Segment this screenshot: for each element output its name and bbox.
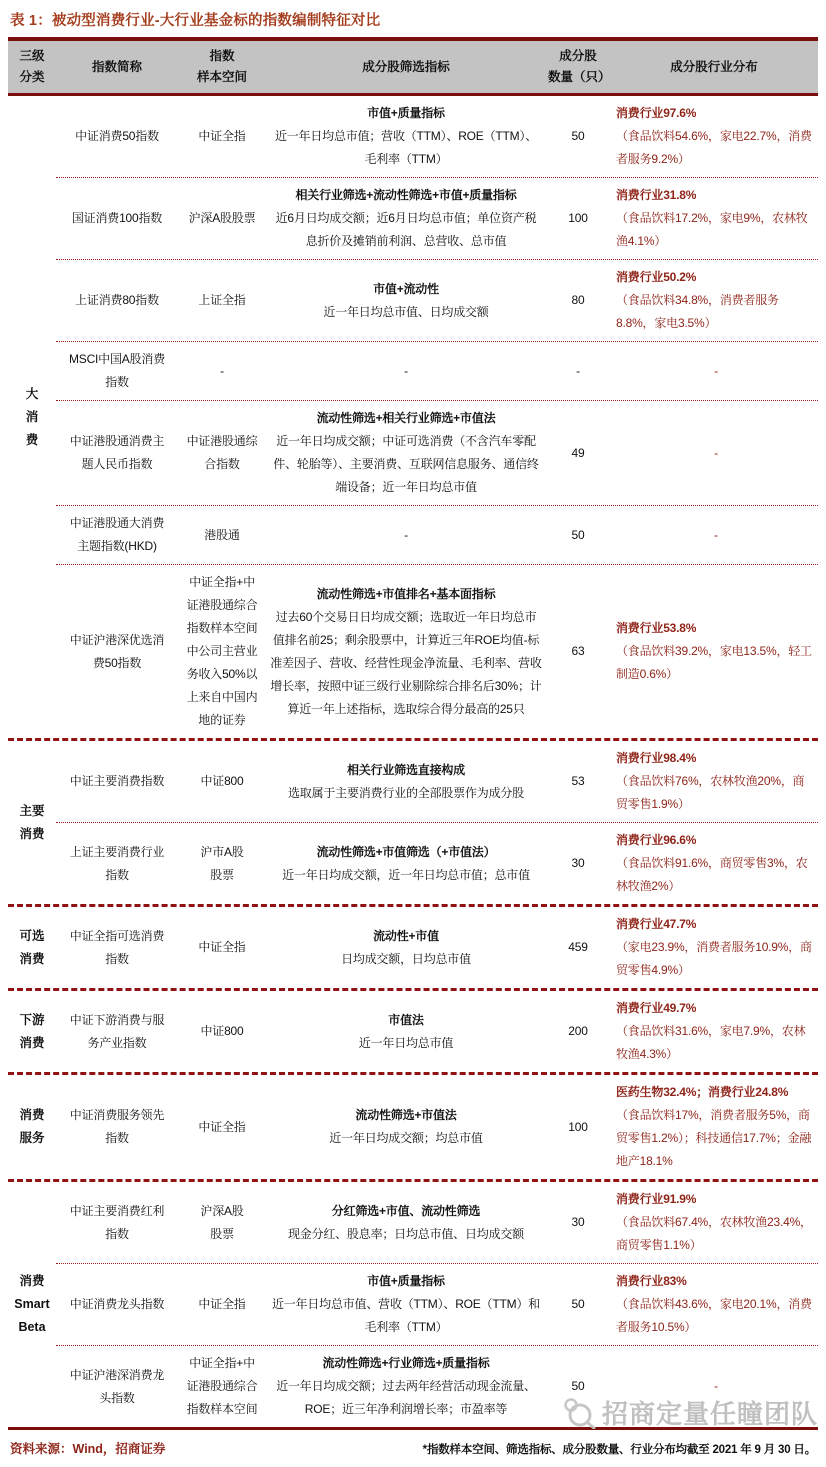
criteria-detail: 近一年日均总市值、营收（TTM）、ROE（TTM）和毛利率（TTM） — [272, 1297, 540, 1334]
industry-distribution-cell: 医药生物32.4%；消费行业24.8% （食品饮料17%，消费者服务5%，商贸零… — [610, 1075, 818, 1179]
index-name-cell: 上证主要消费行业 指数 — [56, 835, 178, 893]
screening-criteria-cell: - — [266, 354, 546, 389]
component-count-cell: 49 — [546, 436, 610, 471]
sample-space-cell: 沪深A股股票 — [178, 201, 266, 236]
category-label: 消费 服务 — [8, 1075, 56, 1179]
distribution-headline: 消费行业47.7% — [616, 913, 816, 936]
screening-criteria-cell: 分红筛选+市值、流动性筛选 现金分红、股息率；日均总市值、日均成交额 — [266, 1194, 546, 1252]
screening-criteria-cell: 市值+质量指标 近一年日均总市值；营收（TTM）、ROE（TTM）、毛利率（TT… — [266, 96, 546, 177]
table-row: 中证港股通消费主 题人民币指数 中证港股通综 合指数 流动性筛选+相关行业筛选+… — [56, 400, 818, 505]
sample-space-cell: 沪市A股 股票 — [178, 835, 266, 893]
distribution-headline: 消费行业83% — [616, 1270, 816, 1293]
criteria-detail: - — [404, 364, 408, 378]
index-name-cell: 上证消费80指数 — [56, 283, 178, 318]
criteria-detail: 现金分红、股息率；日均总市值、日均成交额 — [288, 1227, 524, 1241]
distribution-detail: （食品饮料76%，农林牧渔20%，商贸零售1.9%） — [616, 774, 804, 811]
criteria-title: 流动性+市值 — [270, 925, 542, 948]
distribution-detail: （食品饮料67.4%，农林牧渔23.4%，商贸零售1.1%） — [616, 1215, 812, 1252]
industry-distribution-cell: 消费行业98.4% （食品饮料76%，农林牧渔20%，商贸零售1.9%） — [610, 741, 818, 822]
as-of-date-note: *指数样本空间、筛选指标、成分股数量、行业分布均截至 2021 年 9 月 30… — [423, 1441, 816, 1457]
component-count-cell: 80 — [546, 283, 610, 318]
index-name-cell: MSCI中国A股消费 指数 — [56, 342, 178, 400]
industry-distribution-cell: - — [610, 436, 818, 471]
distribution-detail: （食品饮料34.8%，消费者服务8.8%，家电3.5%） — [616, 293, 779, 330]
criteria-detail: 选取属于主要消费行业的全部股票作为成分股 — [288, 786, 524, 800]
index-name-cell: 中证主要消费指数 — [56, 764, 178, 799]
distribution-headline: 消费行业97.6% — [616, 102, 816, 125]
component-count-cell: 50 — [546, 1369, 610, 1404]
component-count-cell: 50 — [546, 518, 610, 553]
table-row: 中证沪港深优选消 费50指数 中证全指+中 证港股通综合 指数样本空间 中公司主… — [56, 564, 818, 738]
sample-space-cell: 港股通 — [178, 518, 266, 553]
screening-criteria-cell: 市值法 近一年日均总市值 — [266, 1003, 546, 1061]
distribution-detail: （食品饮料31.6%，家电7.9%，农林牧渔4.3%） — [616, 1024, 805, 1061]
category-rows: 中证下游消费与服 务产业指数 中证800 市值法 近一年日均总市值 200 消费… — [56, 991, 818, 1072]
category-group: 消费 Smart Beta 中证主要消费红利 指数 沪深A股 股票 分红筛选+市… — [8, 1179, 818, 1427]
industry-distribution-cell: - — [610, 354, 818, 389]
table-title: 表 1：被动型消费行业-大行业基金标的指数编制特征对比 — [8, 0, 818, 37]
distribution-detail: （食品饮料17.2%，家电9%，农林牧渔4.1%） — [616, 211, 808, 248]
criteria-title: 流动性筛选+市值筛选（+市值法） — [270, 841, 542, 864]
index-name-cell: 中证主要消费红利 指数 — [56, 1194, 178, 1252]
category-label: 大 消 费 — [8, 96, 56, 738]
table-row: 中证沪港深消费龙 头指数 中证全指+中 证港股通综合 指数样本空间 流动性筛选+… — [56, 1345, 818, 1427]
sample-space-cell: 中证800 — [178, 764, 266, 799]
screening-criteria-cell: - — [266, 518, 546, 553]
index-name-cell: 中证消费服务领先 指数 — [56, 1098, 178, 1156]
screening-criteria-cell: 流动性筛选+市值法 近一年日均成交额；均总市值 — [266, 1098, 546, 1156]
criteria-title: 相关行业筛选直接构成 — [270, 759, 542, 782]
component-count-cell: 100 — [546, 1110, 610, 1145]
screening-criteria-cell: 流动性+市值 日均成交额，日均总市值 — [266, 919, 546, 977]
table-footer: 资料来源：Wind，招商证券 *指数样本空间、筛选指标、成分股数量、行业分布均截… — [8, 1430, 818, 1467]
industry-distribution-cell: - — [610, 1369, 818, 1404]
sample-space-cell: 中证全指 — [178, 930, 266, 965]
table-row: 中证消费龙头指数 中证全指 市值+质量指标 近一年日均总市值、营收（TTM）、R… — [56, 1263, 818, 1345]
distribution-headline: 消费行业31.8% — [616, 184, 816, 207]
category-rows: 中证主要消费指数 中证800 相关行业筛选直接构成 选取属于主要消费行业的全部股… — [56, 741, 818, 904]
header-component-count: 成分股 数量（只） — [546, 46, 610, 88]
sample-space-cell: 中证全指 — [178, 119, 266, 154]
component-count-cell: 459 — [546, 930, 610, 965]
criteria-detail: 近一年日均成交额；均总市值 — [329, 1131, 482, 1145]
sample-space-cell: 中证全指+中 证港股通综合 指数样本空间 — [178, 1346, 266, 1427]
screening-criteria-cell: 市值+质量指标 近一年日均总市值、营收（TTM）、ROE（TTM）和毛利率（TT… — [266, 1264, 546, 1345]
component-count-cell: 53 — [546, 764, 610, 799]
report-page: 表 1：被动型消费行业-大行业基金标的指数编制特征对比 三级 分类 指数简称 指… — [0, 0, 826, 1467]
sample-space-cell: 中证全指 — [178, 1110, 266, 1145]
criteria-title: 流动性筛选+市值法 — [270, 1104, 542, 1127]
distribution-headline: 消费行业91.9% — [616, 1188, 816, 1211]
category-rows: 中证消费服务领先 指数 中证全指 流动性筛选+市值法 近一年日均成交额；均总市值… — [56, 1075, 818, 1179]
category-group: 下游 消费 中证下游消费与服 务产业指数 中证800 市值法 近一年日均总市值 … — [8, 988, 818, 1072]
criteria-title: 流动性筛选+行业筛选+质量指标 — [270, 1352, 542, 1375]
index-name-cell: 中证港股通消费主 题人民币指数 — [56, 424, 178, 482]
table-row: 中证消费服务领先 指数 中证全指 流动性筛选+市值法 近一年日均成交额；均总市值… — [56, 1075, 818, 1179]
sample-space-cell: 中证800 — [178, 1014, 266, 1049]
category-group: 大 消 费 中证消费50指数 中证全指 市值+质量指标 近一年日均总市值；营收（… — [8, 96, 818, 738]
criteria-detail: - — [404, 528, 408, 542]
header-industry-distribution: 成分股行业分布 — [610, 57, 818, 78]
table-row: 上证消费80指数 上证全指 市值+流动性 近一年日均总市值、日均成交额 80 消… — [56, 259, 818, 341]
distribution-detail: - — [714, 364, 718, 378]
criteria-detail: 近一年日均成交额；中证可选消费（不含汽车零配件、轮胎等）、主要消费、互联网信息服… — [273, 434, 538, 494]
distribution-detail: （家电23.9%，消费者服务10.9%，商贸零售4.9%） — [616, 940, 812, 977]
index-comparison-table: 三级 分类 指数简称 指数 样本空间 成分股筛选指标 成分股 数量（只） 成分股… — [8, 37, 818, 1430]
screening-criteria-cell: 流动性筛选+相关行业筛选+市值法 近一年日均成交额；中证可选消费（不含汽车零配件… — [266, 401, 546, 505]
table-body: 大 消 费 中证消费50指数 中证全指 市值+质量指标 近一年日均总市值；营收（… — [8, 96, 818, 1430]
table-row: 国证消费100指数 沪深A股股票 相关行业筛选+流动性筛选+市值+质量指标 近6… — [56, 177, 818, 259]
sample-space-cell: 中证港股通综 合指数 — [178, 424, 266, 482]
criteria-detail: 过去60个交易日日均成交额；选取近一年日均总市值排名前25；剩余股票中，计算近三… — [270, 610, 541, 716]
industry-distribution-cell: 消费行业97.6% （食品饮料54.6%，家电22.7%，消费者服务9.2%） — [610, 96, 818, 177]
sample-space-cell: 中证全指+中 证港股通综合 指数样本空间 中公司主营业 务收入50%以 上来自中… — [178, 565, 266, 738]
category-group: 消费 服务 中证消费服务领先 指数 中证全指 流动性筛选+市值法 近一年日均成交… — [8, 1072, 818, 1179]
header-sample-space: 指数 样本空间 — [178, 46, 266, 88]
criteria-detail: 日均成交额，日均总市值 — [341, 952, 471, 966]
category-group: 可选 消费 中证全指可选消费 指数 中证全指 流动性+市值 日均成交额，日均总市… — [8, 904, 818, 988]
criteria-detail: 近一年日均成交额，近一年日均总市值；总市值 — [282, 868, 530, 882]
table-row: 中证全指可选消费 指数 中证全指 流动性+市值 日均成交额，日均总市值 459 … — [56, 907, 818, 988]
distribution-headline: 消费行业50.2% — [616, 266, 816, 289]
category-label: 消费 Smart Beta — [8, 1182, 56, 1427]
category-rows: 中证全指可选消费 指数 中证全指 流动性+市值 日均成交额，日均总市值 459 … — [56, 907, 818, 988]
screening-criteria-cell: 流动性筛选+市值排名+基本面指标 过去60个交易日日均成交额；选取近一年日均总市… — [266, 577, 546, 727]
industry-distribution-cell: 消费行业96.6% （食品饮料91.6%，商贸零售3%，农林牧渔2%） — [610, 823, 818, 904]
criteria-title: 流动性筛选+相关行业筛选+市值法 — [270, 407, 542, 430]
distribution-detail: - — [714, 1379, 718, 1393]
table-row: 中证主要消费指数 中证800 相关行业筛选直接构成 选取属于主要消费行业的全部股… — [56, 741, 818, 822]
distribution-detail: - — [714, 528, 718, 542]
category-rows: 中证消费50指数 中证全指 市值+质量指标 近一年日均总市值；营收（TTM）、R… — [56, 96, 818, 738]
sample-space-cell: 上证全指 — [178, 283, 266, 318]
sample-space-cell: 中证全指 — [178, 1287, 266, 1322]
component-count-cell: 63 — [546, 634, 610, 669]
criteria-title: 市值+质量指标 — [270, 102, 542, 125]
distribution-headline: 消费行业49.7% — [616, 997, 816, 1020]
distribution-detail: （食品饮料91.6%，商贸零售3%，农林牧渔2%） — [616, 856, 808, 893]
index-name-cell: 中证全指可选消费 指数 — [56, 919, 178, 977]
distribution-detail: （食品饮料43.6%，家电20.1%，消费者服务10.5%） — [616, 1297, 812, 1334]
header-category: 三级 分类 — [8, 46, 56, 88]
index-name-cell: 中证消费50指数 — [56, 119, 178, 154]
index-name-cell: 国证消费100指数 — [56, 201, 178, 236]
criteria-detail: 近一年日均成交额；过去两年经营活动现金流量、ROE；近三年净利润增长率；市盈率等 — [276, 1379, 536, 1416]
screening-criteria-cell: 市值+流动性 近一年日均总市值、日均成交额 — [266, 272, 546, 330]
component-count-cell: 30 — [546, 1205, 610, 1240]
index-name-cell: 中证沪港深消费龙 头指数 — [56, 1358, 178, 1416]
industry-distribution-cell: 消费行业91.9% （食品饮料67.4%，农林牧渔23.4%，商贸零售1.1%） — [610, 1182, 818, 1263]
distribution-headline: 医药生物32.4%；消费行业24.8% — [616, 1081, 816, 1104]
table-row: 上证主要消费行业 指数 沪市A股 股票 流动性筛选+市值筛选（+市值法） 近一年… — [56, 822, 818, 904]
criteria-detail: 近一年日均总市值；营收（TTM）、ROE（TTM）、毛利率（TTM） — [275, 129, 537, 166]
distribution-detail: - — [714, 446, 718, 460]
table-header-row: 三级 分类 指数简称 指数 样本空间 成分股筛选指标 成分股 数量（只） 成分股… — [8, 41, 818, 96]
table-row: 中证下游消费与服 务产业指数 中证800 市值法 近一年日均总市值 200 消费… — [56, 991, 818, 1072]
category-label: 主要 消费 — [8, 741, 56, 904]
screening-criteria-cell: 相关行业筛选直接构成 选取属于主要消费行业的全部股票作为成分股 — [266, 753, 546, 811]
screening-criteria-cell: 流动性筛选+市值筛选（+市值法） 近一年日均成交额，近一年日均总市值；总市值 — [266, 835, 546, 893]
category-label: 下游 消费 — [8, 991, 56, 1072]
category-rows: 中证主要消费红利 指数 沪深A股 股票 分红筛选+市值、流动性筛选 现金分红、股… — [56, 1182, 818, 1427]
index-name-cell: 中证港股通大消费 主题指数(HKD) — [56, 506, 178, 564]
component-count-cell: 100 — [546, 201, 610, 236]
distribution-headline: 消费行业98.4% — [616, 747, 816, 770]
screening-criteria-cell: 流动性筛选+行业筛选+质量指标 近一年日均成交额；过去两年经营活动现金流量、RO… — [266, 1346, 546, 1427]
component-count-cell: 50 — [546, 1287, 610, 1322]
component-count-cell: - — [546, 354, 610, 389]
component-count-cell: 30 — [546, 846, 610, 881]
table-row: 中证港股通大消费 主题指数(HKD) 港股通 - 50 - — [56, 505, 818, 564]
data-source-note: 资料来源：Wind，招商证券 — [10, 1439, 165, 1457]
category-group: 主要 消费 中证主要消费指数 中证800 相关行业筛选直接构成 选取属于主要消费… — [8, 738, 818, 904]
industry-distribution-cell: 消费行业47.7% （家电23.9%，消费者服务10.9%，商贸零售4.9%） — [610, 907, 818, 988]
distribution-headline: 消费行业96.6% — [616, 829, 816, 852]
criteria-title: 市值+流动性 — [270, 278, 542, 301]
criteria-title: 相关行业筛选+流动性筛选+市值+质量指标 — [270, 184, 542, 207]
criteria-detail: 近一年日均总市值 — [359, 1036, 453, 1050]
criteria-detail: 近一年日均总市值、日均成交额 — [323, 305, 488, 319]
sample-space-cell: - — [178, 354, 266, 389]
industry-distribution-cell: - — [610, 518, 818, 553]
criteria-title: 分红筛选+市值、流动性筛选 — [270, 1200, 542, 1223]
industry-distribution-cell: 消费行业50.2% （食品饮料34.8%，消费者服务8.8%，家电3.5%） — [610, 260, 818, 341]
criteria-title: 市值法 — [270, 1009, 542, 1032]
table-row: MSCI中国A股消费 指数 - - - - — [56, 341, 818, 400]
table-row: 中证主要消费红利 指数 沪深A股 股票 分红筛选+市值、流动性筛选 现金分红、股… — [56, 1182, 818, 1263]
category-label: 可选 消费 — [8, 907, 56, 988]
industry-distribution-cell: 消费行业31.8% （食品饮料17.2%，家电9%，农林牧渔4.1%） — [610, 178, 818, 259]
distribution-headline: 消费行业53.8% — [616, 617, 816, 640]
industry-distribution-cell: 消费行业53.8% （食品饮料39.2%，家电13.5%，轻工制造0.6%） — [610, 611, 818, 692]
distribution-detail: （食品饮料54.6%，家电22.7%，消费者服务9.2%） — [616, 129, 812, 166]
index-name-cell: 中证沪港深优选消 费50指数 — [56, 623, 178, 681]
header-index-name: 指数简称 — [56, 57, 178, 78]
sample-space-cell: 沪深A股 股票 — [178, 1194, 266, 1252]
component-count-cell: 200 — [546, 1014, 610, 1049]
index-name-cell: 中证下游消费与服 务产业指数 — [56, 1003, 178, 1061]
criteria-detail: 近6月日均成交额；近6月日均总市值；单位资产税息折价及摊销前利润、总营收、总市值 — [276, 211, 537, 248]
distribution-detail: （食品饮料17%，消费者服务5%，商贸零售1.2%）；科技通信17.7%；金融地… — [616, 1108, 811, 1168]
criteria-title: 市值+质量指标 — [270, 1270, 542, 1293]
screening-criteria-cell: 相关行业筛选+流动性筛选+市值+质量指标 近6月日均成交额；近6月日均总市值；单… — [266, 178, 546, 259]
industry-distribution-cell: 消费行业83% （食品饮料43.6%，家电20.1%，消费者服务10.5%） — [610, 1264, 818, 1345]
component-count-cell: 50 — [546, 119, 610, 154]
index-name-cell: 中证消费龙头指数 — [56, 1287, 178, 1322]
header-screening-criteria: 成分股筛选指标 — [266, 57, 546, 78]
industry-distribution-cell: 消费行业49.7% （食品饮料31.6%，家电7.9%，农林牧渔4.3%） — [610, 991, 818, 1072]
distribution-detail: （食品饮料39.2%，家电13.5%，轻工制造0.6%） — [616, 644, 812, 681]
criteria-title: 流动性筛选+市值排名+基本面指标 — [270, 583, 542, 606]
table-row: 中证消费50指数 中证全指 市值+质量指标 近一年日均总市值；营收（TTM）、R… — [56, 96, 818, 177]
